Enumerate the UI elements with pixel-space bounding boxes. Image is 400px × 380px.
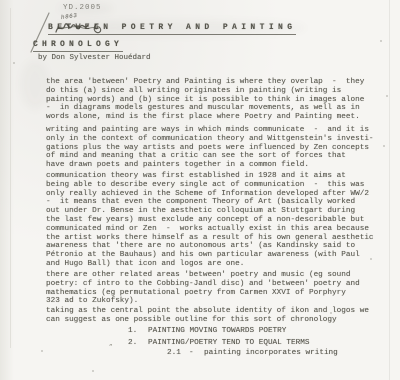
list-item-2-label: PAINTING/POETRY TEND TO EQUAL TERMS <box>148 339 309 347</box>
scan-edge-left <box>10 8 11 348</box>
list-item-1-label: PAINTING MOVING TOWARDS POETRY <box>148 327 286 335</box>
list-item-2-number: 2. <box>128 339 137 347</box>
scan-edge-right <box>389 0 390 380</box>
paragraph-4: there are other related areas 'between' … <box>46 271 360 306</box>
scanned-document-page: YD.2005 BETWEEN POETRY AND PAINTING h863… <box>0 0 400 380</box>
paragraph-3: communication theory was first establish… <box>46 172 374 269</box>
scan-speck <box>380 40 382 42</box>
list-item-2-1-number: 2.1 <box>167 349 181 357</box>
accession-stamp: YD.2005 <box>63 4 102 12</box>
scan-speck <box>330 312 332 314</box>
scan-speck <box>386 95 388 97</box>
stray-pencil-tick: „ <box>109 340 113 347</box>
paragraph-1: the area 'between' Poetry and Painting i… <box>46 78 364 122</box>
scan-speck <box>370 258 372 260</box>
scan-speck <box>92 370 94 372</box>
list-item-2-1-label: painting incorporates writing <box>204 349 338 357</box>
list-item-2-1-dash: - <box>189 349 194 357</box>
paragraph-2: writing and painting are ways in which m… <box>46 126 374 170</box>
document-subtitle: CHRONOLOGY <box>33 40 123 52</box>
scan-speck <box>13 62 15 64</box>
list-item-1-number: 1. <box>128 327 137 335</box>
scan-speck <box>383 145 385 147</box>
scan-speck <box>41 350 43 352</box>
paragraph-5: taking as the central point the absolute… <box>46 307 369 325</box>
author-byline: by Don Sylvester Houédard <box>38 54 151 62</box>
